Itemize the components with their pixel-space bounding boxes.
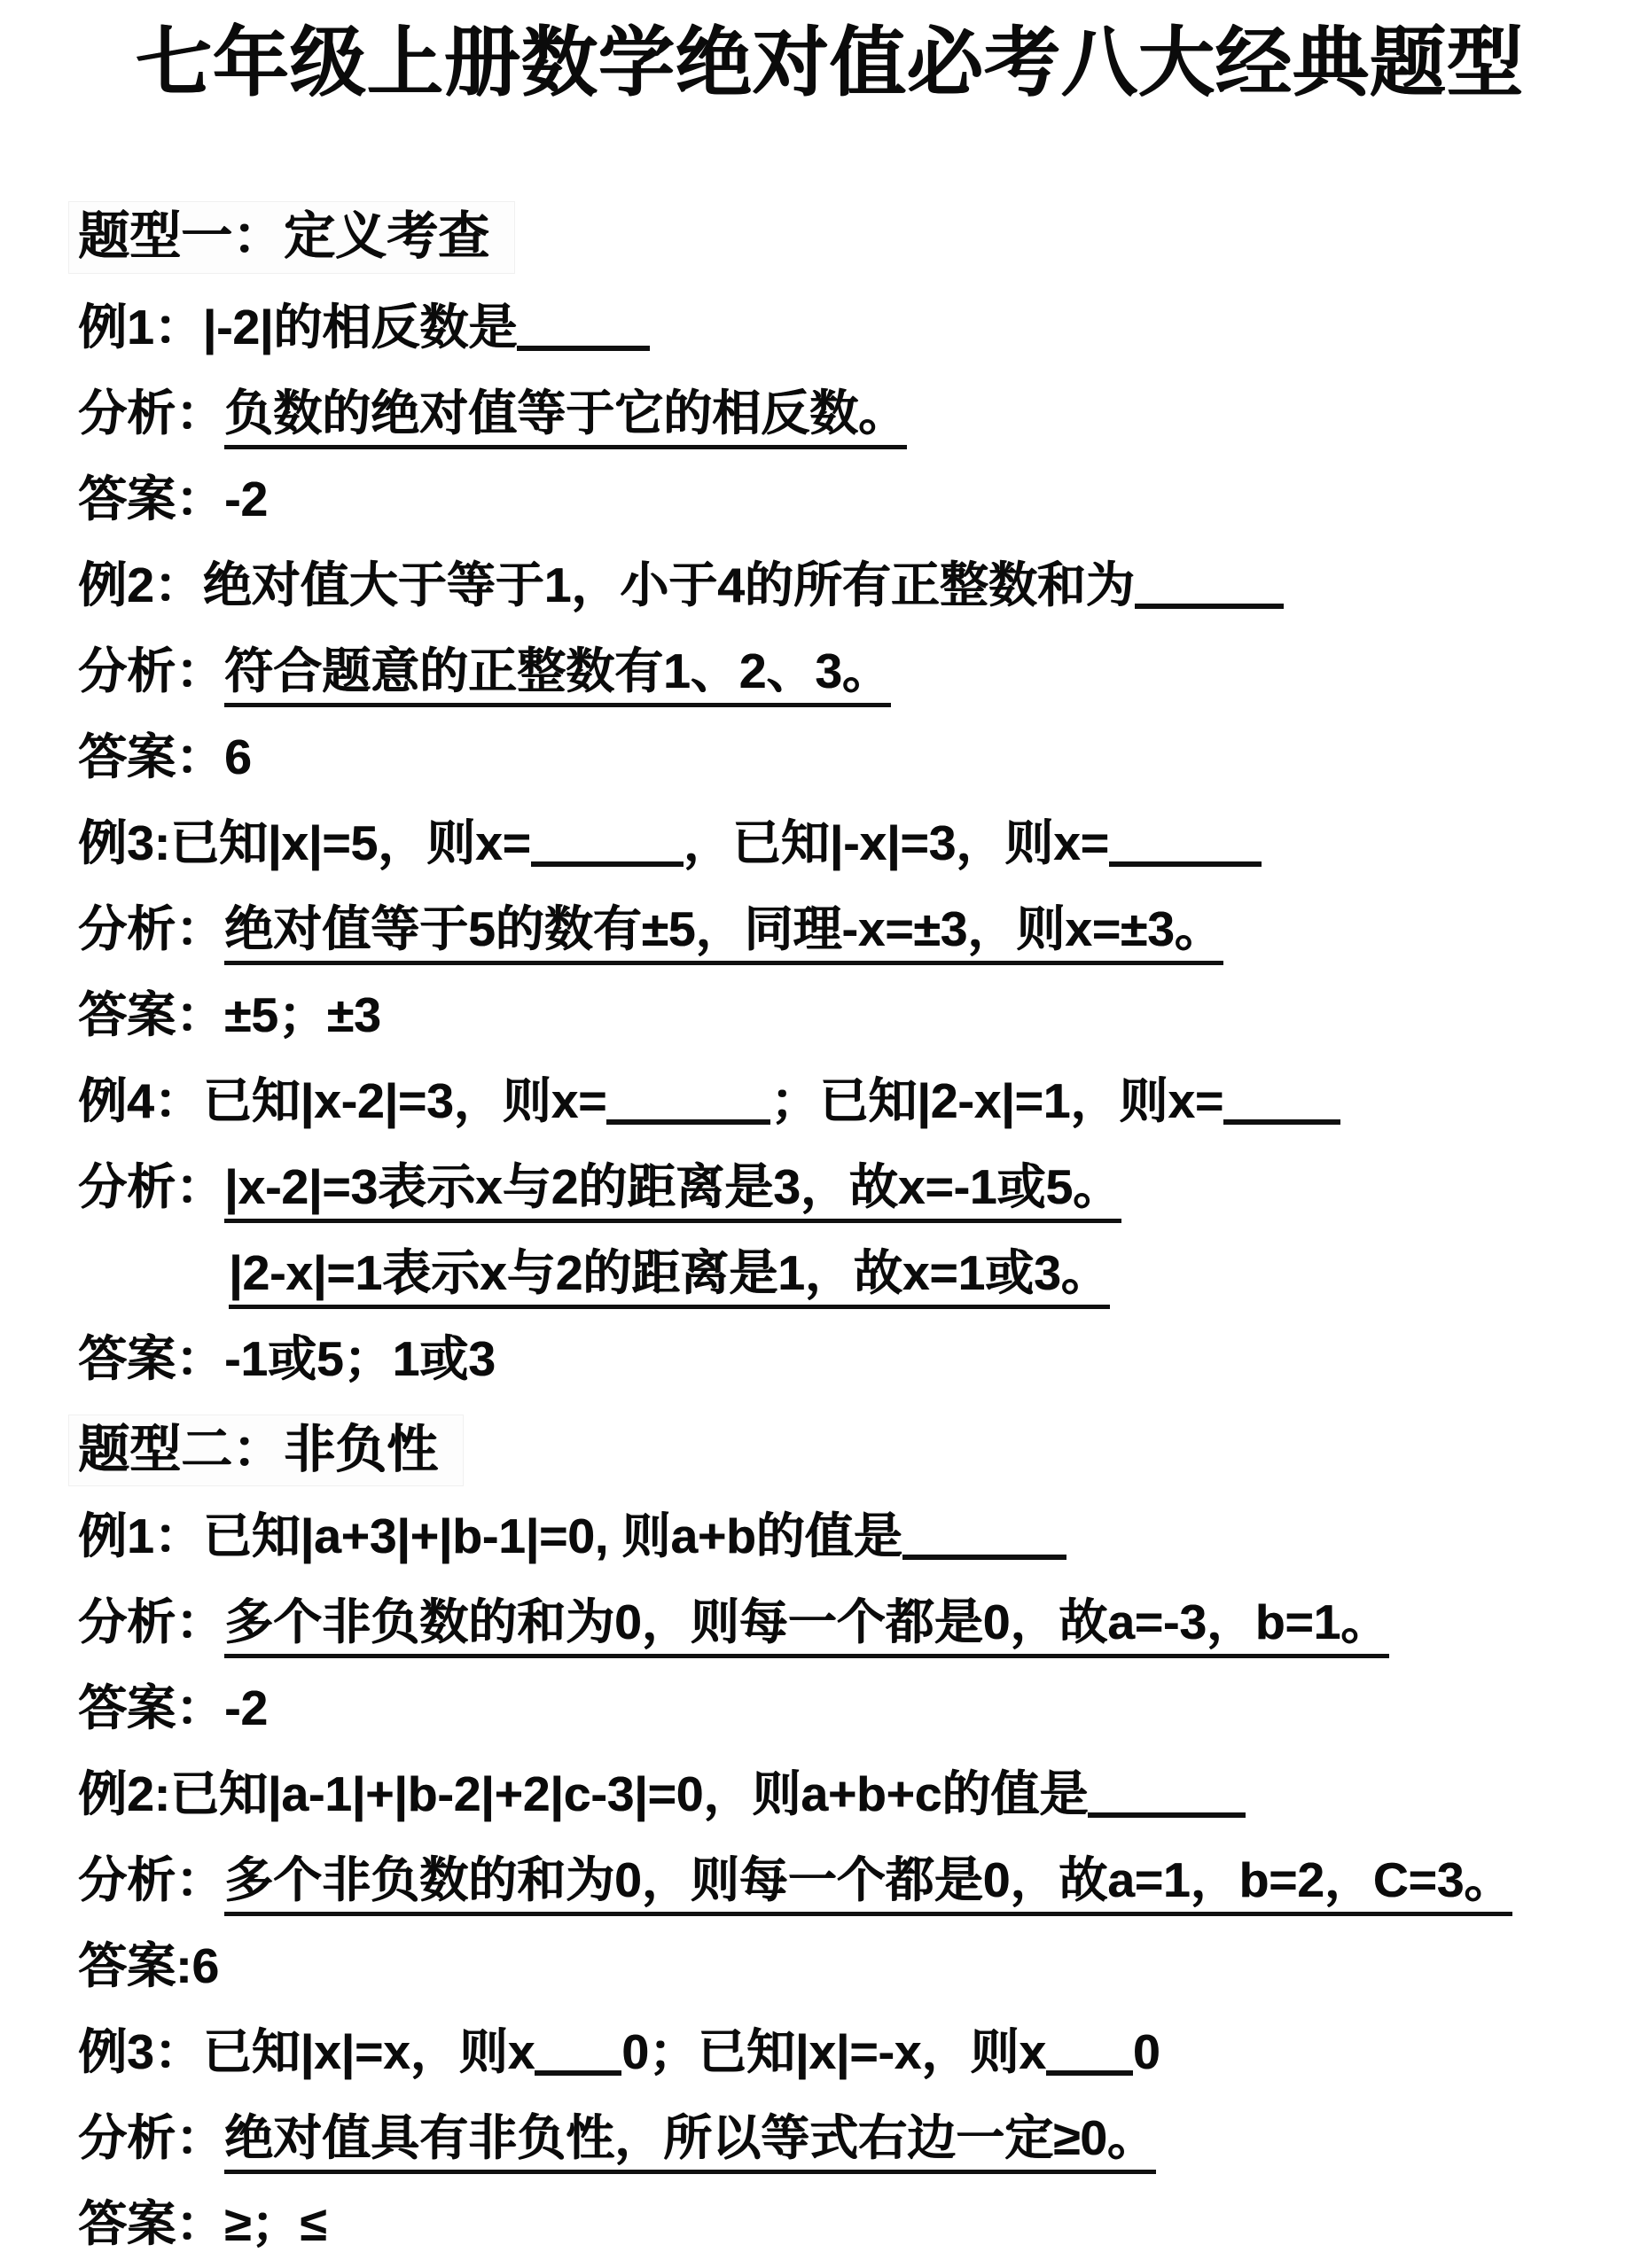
s1-example-1-answer: 答案：-2	[78, 470, 1598, 528]
s2-example-3-answer: 答案：≥；≤	[78, 2194, 1598, 2253]
s2-example-1-analysis: 分析：多个非负数的和为0，则每一个都是0，故a=-3，b=1。	[78, 1593, 1598, 1651]
page-title: 七年级上册数学绝对值必考八大经典题型	[60, 23, 1598, 103]
question-text: 已知|a-1|+|b-2|+2|c-3|=0，则a+b+c的值是	[170, 1766, 1088, 1821]
answer-blank	[1109, 817, 1262, 867]
answer-text: 6	[191, 1938, 219, 1993]
analysis-label: 分析：	[78, 1594, 224, 1649]
s2-example-1-question: 例1：已知|a+3|+|b-1|=0, 则a+b的值是	[78, 1507, 1598, 1565]
worksheet-page: 七年级上册数学绝对值必考八大经典题型 题型一：定义考查 例1：|-2|的相反数是…	[0, 0, 1625, 2268]
s1-example-4-analysis-line-2: |2-x|=1表示x与2的距离是1，故x=1或3。	[78, 1243, 1598, 1302]
answer-blank	[1223, 1075, 1340, 1125]
s1-example-2-analysis: 分析：符合题意的正整数有1、2、3。	[78, 642, 1598, 700]
analysis-text: 多个非负数的和为0，则每一个都是0，故a=1，b=2，C=3。	[224, 1852, 1512, 1916]
s2-example-3-question: 例3：已知|x|=x，则x0；已知|x|=-x，则x0	[78, 2022, 1598, 2081]
s1-example-4-question: 例4：已知|x-2|=3，则x=；已知|2-x|=1，则x=	[78, 1072, 1598, 1130]
analysis-label: 分析：	[78, 1159, 224, 1214]
analysis-label: 分析：	[78, 386, 224, 440]
analysis-label: 分析：	[78, 643, 224, 698]
answer-text: 6	[224, 729, 252, 784]
question-text: ，已知|-x|=3，则x=	[684, 815, 1109, 870]
s1-example-1-analysis: 分析：负数的绝对值等于它的相反数。	[78, 384, 1598, 442]
section-2: 题型二：非负性	[78, 1415, 1598, 1486]
analysis-label: 分析：	[78, 2110, 224, 2165]
answer-text: -2	[224, 472, 268, 526]
s1-example-1-question: 例1：|-2|的相反数是	[78, 298, 1598, 356]
question-text: 已知|a+3|+|b-1|=0, 则a+b的值是	[203, 1508, 902, 1563]
example-label: 例2:	[78, 1766, 170, 1821]
analysis-text: |2-x|=1表示x与2的距离是1，故x=1或3。	[229, 1245, 1110, 1309]
question-text: ；已知|2-x|=1，则x=	[770, 1073, 1223, 1128]
question-text: 绝对值大于等于1，小于4的所有正整数和为	[203, 557, 1135, 612]
example-label: 例3:	[78, 815, 170, 870]
question-text: 已知|x|=x，则x	[203, 2024, 535, 2079]
analysis-label: 分析：	[78, 901, 224, 956]
question-text: 已知|x-2|=3，则x=	[203, 1073, 607, 1128]
analysis-text: |x-2|=3表示x与2的距离是3，故x=-1或5。	[224, 1159, 1121, 1223]
answer-label: 答案：	[78, 472, 224, 526]
s1-example-4-answer: 答案：-1或5；1或3	[78, 1329, 1598, 1388]
answer-blank	[535, 2026, 621, 2076]
s1-example-3-analysis: 分析：绝对值等于5的数有±5，同理-x=±3，则x=±3。	[78, 900, 1598, 958]
answer-blank	[517, 301, 650, 351]
s1-example-3-answer: 答案：±5；±3	[78, 986, 1598, 1044]
question-text: |-2|的相反数是	[203, 300, 518, 355]
answer-label: 答案：	[78, 729, 224, 784]
s2-example-1-answer: 答案：-2	[78, 1679, 1598, 1737]
s1-example-3-question: 例3:已知|x|=5，则x=，已知|-x|=3，则x=	[78, 814, 1598, 872]
answer-blank	[1046, 2026, 1133, 2076]
answer-label: 答案：	[78, 2196, 224, 2251]
s1-example-4-analysis-line-1: 分析：|x-2|=3表示x与2的距离是3，故x=-1或5。	[78, 1157, 1598, 1216]
question-text: 0；已知|x|=-x，则x	[621, 2024, 1046, 2079]
answer-blank	[902, 1510, 1066, 1560]
s2-example-2-question: 例2:已知|a-1|+|b-2|+2|c-3|=0，则a+b+c的值是	[78, 1765, 1598, 1823]
analysis-text: 符合题意的正整数有1、2、3。	[224, 643, 891, 707]
section-1: 题型一：定义考查	[78, 202, 1598, 273]
answer-text: -2	[224, 1680, 268, 1735]
s2-example-2-analysis: 分析：多个非负数的和为0，则每一个都是0，故a=1，b=2，C=3。	[78, 1851, 1598, 1909]
section-2-heading: 题型二：非负性	[69, 1415, 463, 1486]
analysis-text: 绝对值等于5的数有±5，同理-x=±3，则x=±3。	[224, 901, 1223, 965]
s2-example-2-answer: 答案:6	[78, 1937, 1598, 1995]
answer-label: 答案：	[78, 1680, 224, 1735]
example-label: 例1：	[78, 300, 203, 355]
analysis-text: 负数的绝对值等于它的相反数。	[224, 386, 907, 449]
answer-blank	[1088, 1768, 1246, 1818]
answer-text: -1或5；1或3	[224, 1331, 496, 1386]
example-label: 例4：	[78, 1073, 203, 1128]
answer-blank	[1135, 559, 1284, 609]
answer-label: 答案：	[78, 1331, 224, 1386]
example-label: 例1：	[78, 1508, 203, 1563]
analysis-text: 多个非负数的和为0，则每一个都是0，故a=-3，b=1。	[224, 1594, 1389, 1658]
s1-example-2-answer: 答案：6	[78, 728, 1598, 786]
answer-label: 答案：	[78, 987, 224, 1042]
answer-blank	[606, 1075, 770, 1125]
analysis-label: 分析：	[78, 1852, 224, 1907]
answer-text: ±5；±3	[224, 987, 381, 1042]
answer-text: ≥；≤	[224, 2196, 326, 2251]
s2-example-3-analysis: 分析：绝对值具有非负性，所以等式右边一定≥0。	[78, 2108, 1598, 2167]
question-text: 已知|x|=5，则x=	[170, 815, 531, 870]
example-label: 例3：	[78, 2024, 203, 2079]
answer-label: 答案:	[78, 1938, 191, 1993]
analysis-text: 绝对值具有非负性，所以等式右边一定≥0。	[224, 2110, 1156, 2174]
section-1-heading: 题型一：定义考查	[69, 202, 514, 273]
s1-example-2-question: 例2：绝对值大于等于1，小于4的所有正整数和为	[78, 556, 1598, 614]
question-text: 0	[1133, 2024, 1160, 2079]
answer-blank	[531, 817, 684, 867]
example-label: 例2：	[78, 557, 203, 612]
